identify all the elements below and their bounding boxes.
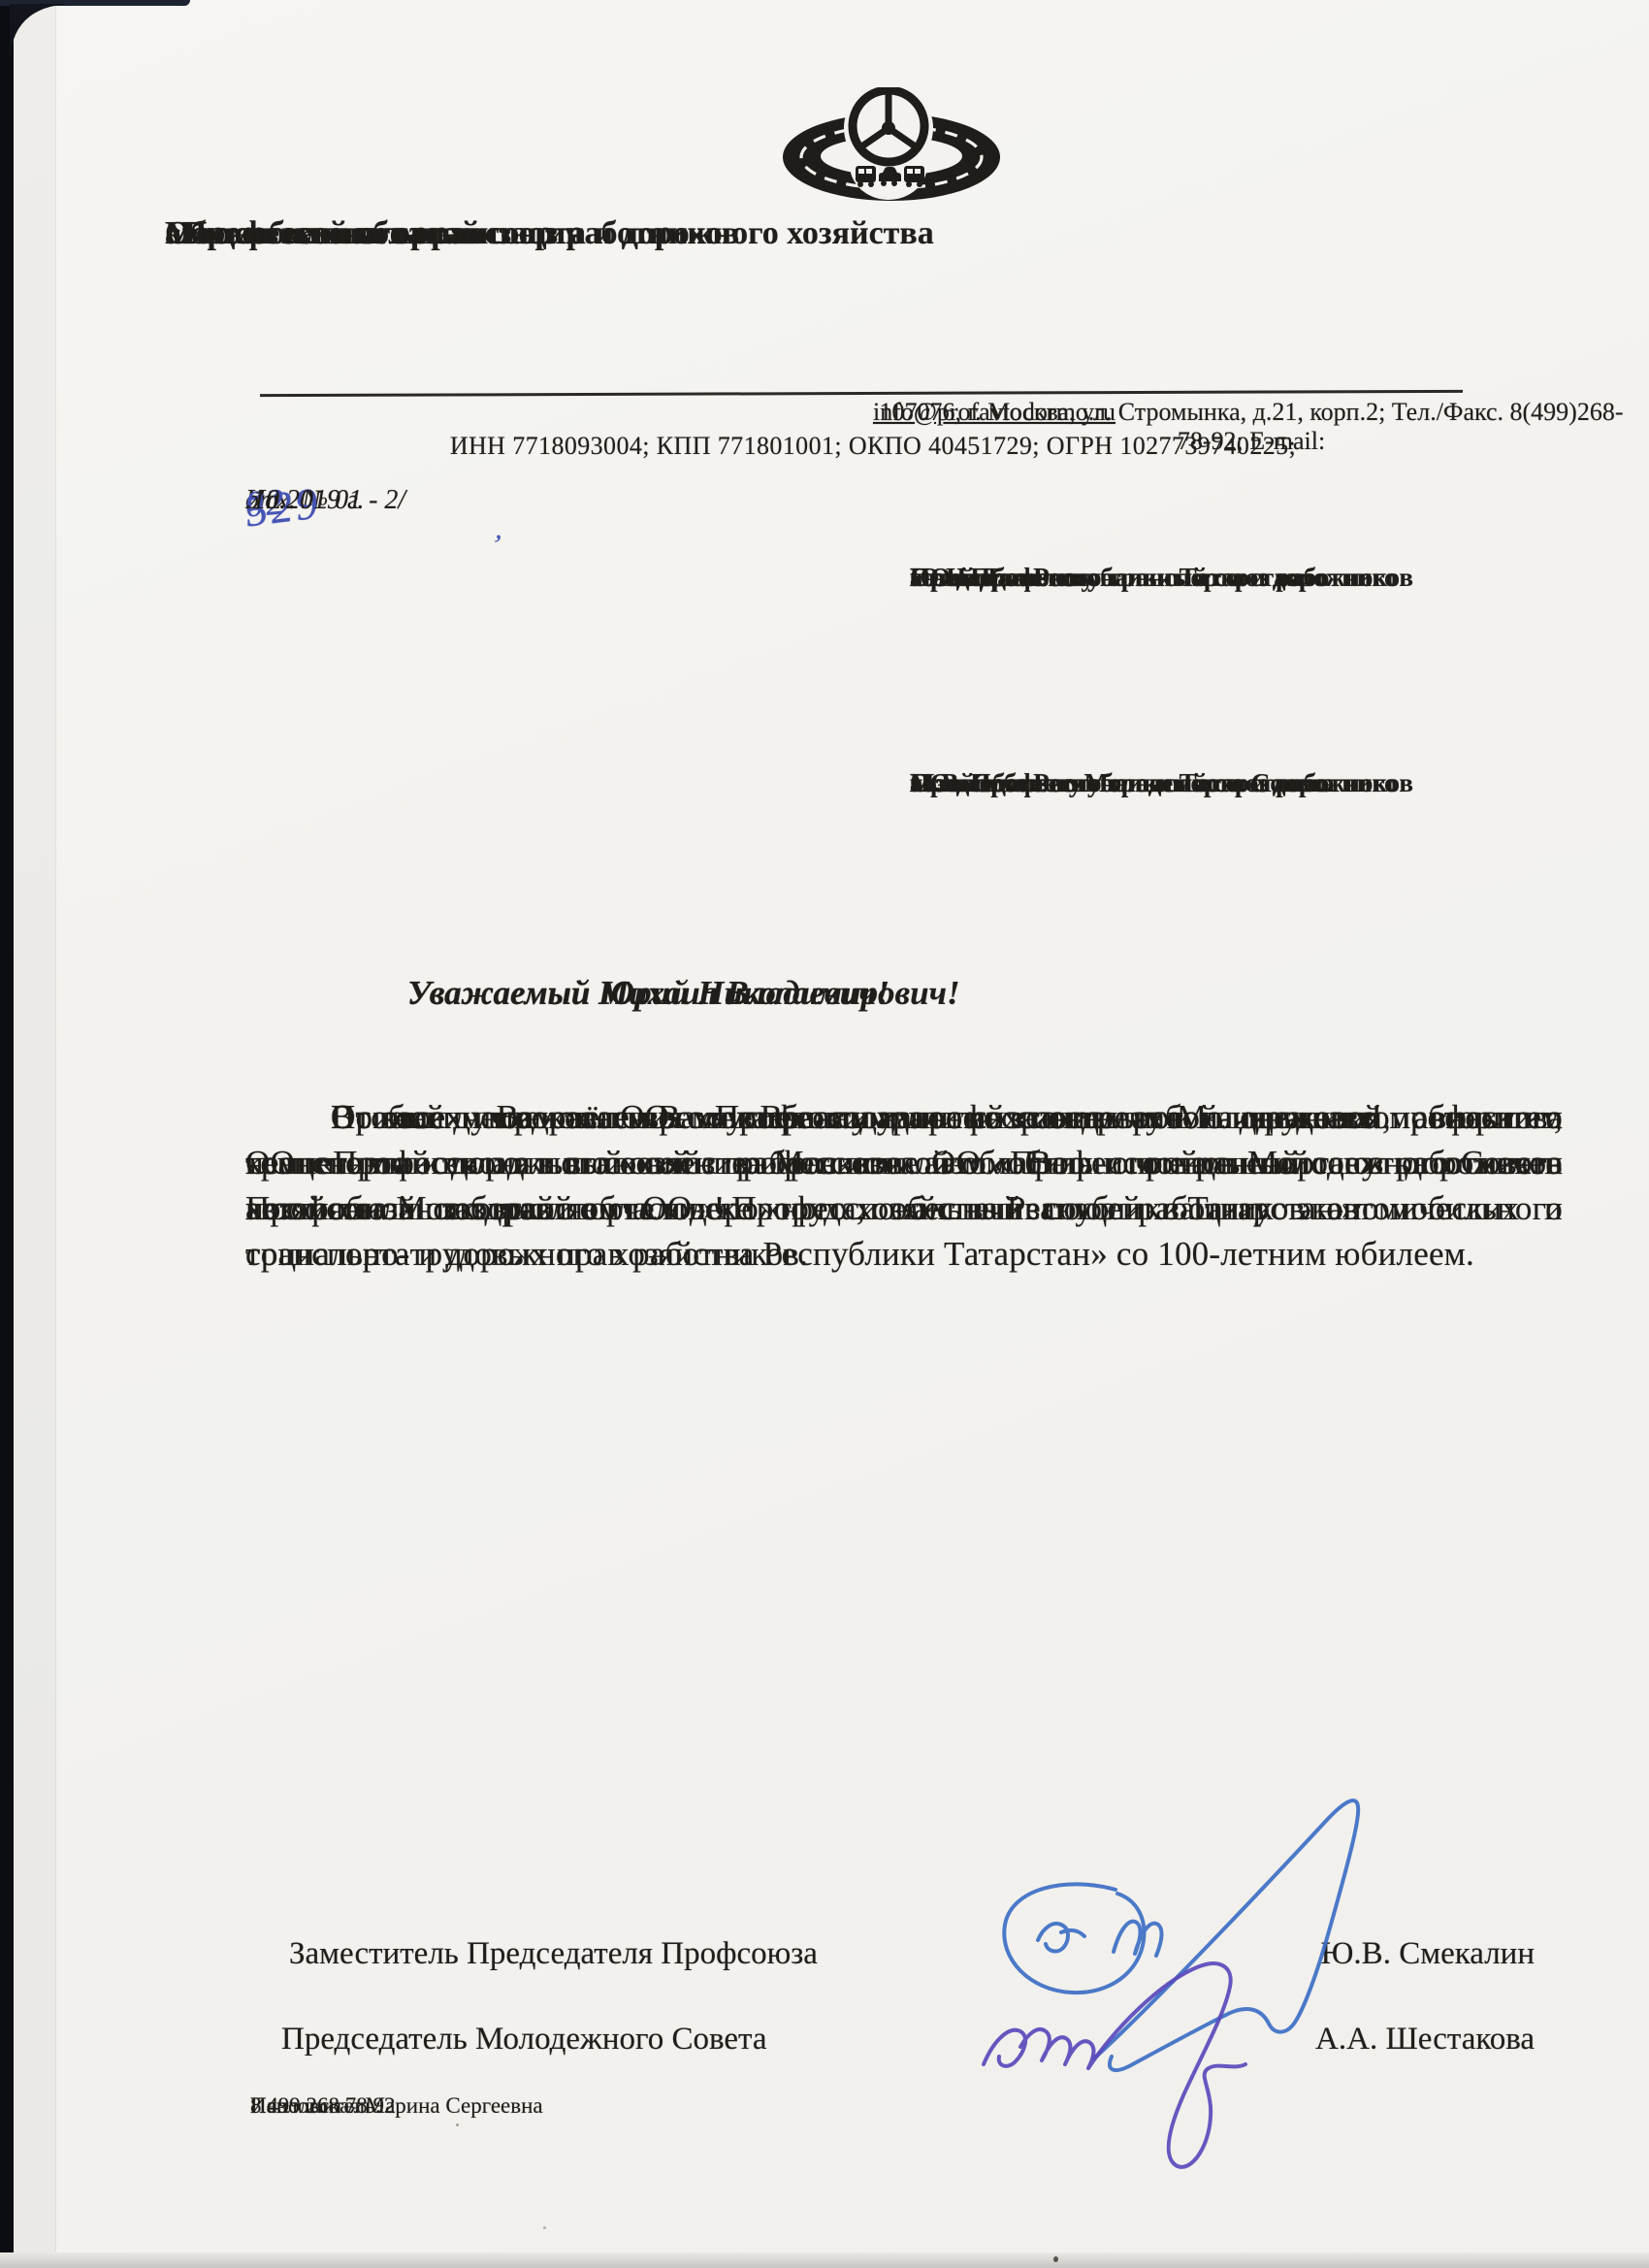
signer-name-shestakova: А.А. Шестакова: [1222, 2022, 1535, 2057]
paper-fold-shade: [14, 0, 56, 2260]
outgoing-reference: Исх. № 01 - 2/ 529 от 02 .10.2019 г.: [245, 485, 924, 553]
addressee-name: Ю.Н. Данилову: [910, 560, 1094, 595]
registration-line: ИНН 7718093004; КПП 771801001; ОКПО 4045…: [116, 432, 1630, 461]
letterhead-divider: [260, 390, 1463, 397]
signer-title-youth-council-chairman: Председатель Молодежного Совета: [281, 2022, 767, 2057]
ref-date: .10.2019 г.: [245, 485, 365, 516]
addressee-name: М.В. Соболеву: [910, 765, 1082, 800]
scanner-left-edge: [0, 3, 14, 2259]
executor-phone: 8 499 268 78 92: [250, 2093, 396, 2119]
scan-speck: [543, 2226, 546, 2229]
signer-name-smekalin: Ю.В. Смекалин: [1222, 1936, 1535, 1972]
org-name-line: Московской области»: [165, 215, 490, 251]
signer-title-deputy-chairman: Заместитель Председателя Профсоюза: [289, 1936, 818, 1972]
salutation-line: Уважаемый Михаил Владимирович!: [407, 970, 960, 1016]
scanner-bottom-edge: [0, 2252, 1649, 2268]
scan-speck: [1053, 2256, 1058, 2262]
scan-speck: [456, 2123, 459, 2126]
union-logo: [779, 87, 1004, 208]
scanned-letter-page: Общественная организация «Профессиональн…: [0, 0, 1649, 2268]
signature-shestakova-icon: [984, 1963, 1245, 2167]
email-text: info@profavtodormo.ru: [873, 398, 1115, 427]
body-paragraph: От всей души желаем Вам успехов и удачи …: [245, 1094, 1382, 1140]
